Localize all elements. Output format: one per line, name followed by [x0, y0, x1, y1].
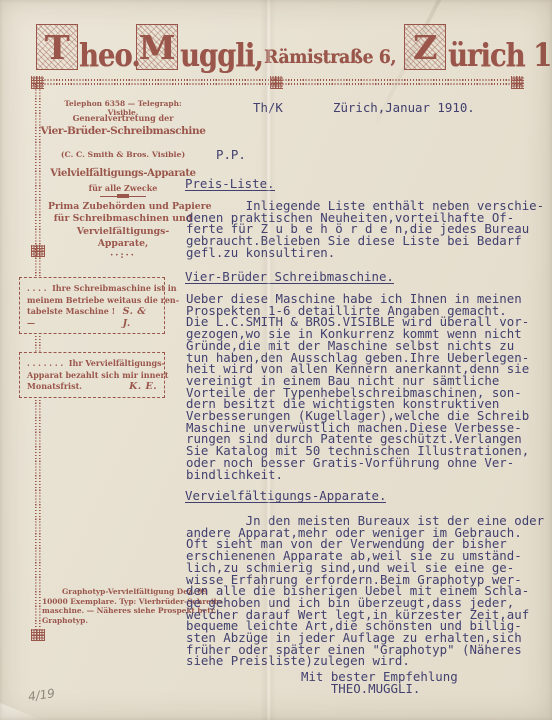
letter-reference: Th/K — [253, 102, 283, 114]
letter-paragraph-1: Inliegende Liste enthält neben verschie-… — [186, 200, 544, 259]
sidebar-product1-title: Vier-Brüder-Schreibmaschine — [40, 125, 206, 137]
sidebar-product2-subtitle: für alle Zwecke — [48, 183, 198, 198]
paper-sheet: T heo. M uggli, Rämistraße 6, Z ürich 1.… — [0, 0, 552, 720]
letter-salutation: P.P. — [216, 149, 246, 161]
product2-subtitle-text: für alle Zwecke — [89, 183, 158, 193]
letter-dateline: Zürich,Januar 1910. — [333, 102, 475, 114]
masthead-city: ürich 1. — [448, 39, 552, 71]
testimonial-2-signature: K. E. — [129, 381, 157, 393]
letter-subject: Preis-Liste. — [185, 178, 275, 191]
testimonial-2-lines: . . . . . . . Ihr Vervielfältigungs-Appa… — [27, 358, 157, 381]
ornate-initial-z: Z — [404, 24, 446, 70]
rule-ornament-mid-left — [31, 245, 45, 257]
sidebar-product1-subtitle: (C. C. Smith & Bros. Visible) — [48, 150, 198, 159]
scanned-letter: T heo. M uggli, Rämistraße 6, Z ürich 1.… — [0, 0, 552, 720]
page-corner-undersheet — [0, 700, 42, 720]
letter-heading-1: Vier-Brüder Schreibmaschine. — [185, 271, 394, 284]
initial-letter: M — [139, 31, 176, 64]
letter-heading-1-text: Vier-Brüder Schreibmaschine. — [185, 271, 394, 284]
masthead-name-theo: heo. — [79, 39, 140, 71]
rule-ornament-right — [511, 76, 524, 89]
testimonial-1-last-line: tabelste Maschine ! — — [27, 306, 123, 329]
underline-flourish — [100, 194, 146, 198]
testimonial-2-last-line: Monatsfrist. — [27, 381, 82, 393]
sidebar-dots-ornament: ··:·· — [48, 251, 198, 261]
initial-letter: T — [45, 31, 70, 64]
sidebar-supplies-block: Prima Zubehörden und Papierefür Schreibm… — [48, 201, 198, 250]
letter-closing: Mit bester Empfehlung THEO.MUGGLI. — [301, 671, 458, 694]
testimonial-2-signature-row: Monatsfrist. K. E. — [27, 381, 157, 393]
testimonial-1-lines: . . . . Ihre Schreibmaschine ist inmeine… — [27, 283, 157, 306]
sidebar-product2-title: Vielvielfältigungs-Apparate — [42, 168, 204, 179]
pencil-archive-note: 4/19 — [27, 686, 56, 704]
letterhead-masthead: T heo. M uggli, Rämistraße 6, Z ürich 1. — [0, 18, 552, 74]
letter-paragraph-3: Jn den meisten Bureaux ist der eine oder… — [186, 515, 544, 667]
sidebar-agency-line: Generalvertretung der — [48, 113, 198, 123]
letter-paragraph-2: Ueber diese Maschine habe ich Ihnen in m… — [186, 293, 529, 480]
letter-subject-text: Preis-Liste. — [185, 178, 275, 191]
letter-heading-2: Vervielfältigungs-Apparate. — [185, 490, 386, 503]
masthead-address: Rämistraße 6, — [264, 48, 396, 67]
initial-letter: Z — [413, 31, 437, 64]
horizontal-dotted-rule — [33, 79, 523, 86]
rule-ornament-middle — [270, 76, 283, 89]
testimonial-1-signature: S. & J. — [123, 306, 157, 329]
testimonial-box-1: . . . . Ihre Schreibmaschine ist inmeine… — [19, 277, 165, 334]
testimonial-box-2: . . . . . . . Ihr Vervielfältigungs-Appa… — [19, 352, 165, 398]
sidebar-graphotyp-note: Graphotyp-Vervielfältigung Dez. 0910000 … — [42, 587, 192, 625]
ornate-initial-m: M — [136, 24, 178, 70]
letter-heading-2-text: Vervielfältigungs-Apparate. — [185, 490, 386, 503]
testimonial-1-signature-row: tabelste Maschine ! — S. & J. — [27, 306, 157, 329]
rule-ornament-bottom — [31, 629, 45, 641]
ornate-initial-t: T — [36, 24, 78, 70]
masthead-name-muggli: uggli, — [180, 39, 263, 71]
